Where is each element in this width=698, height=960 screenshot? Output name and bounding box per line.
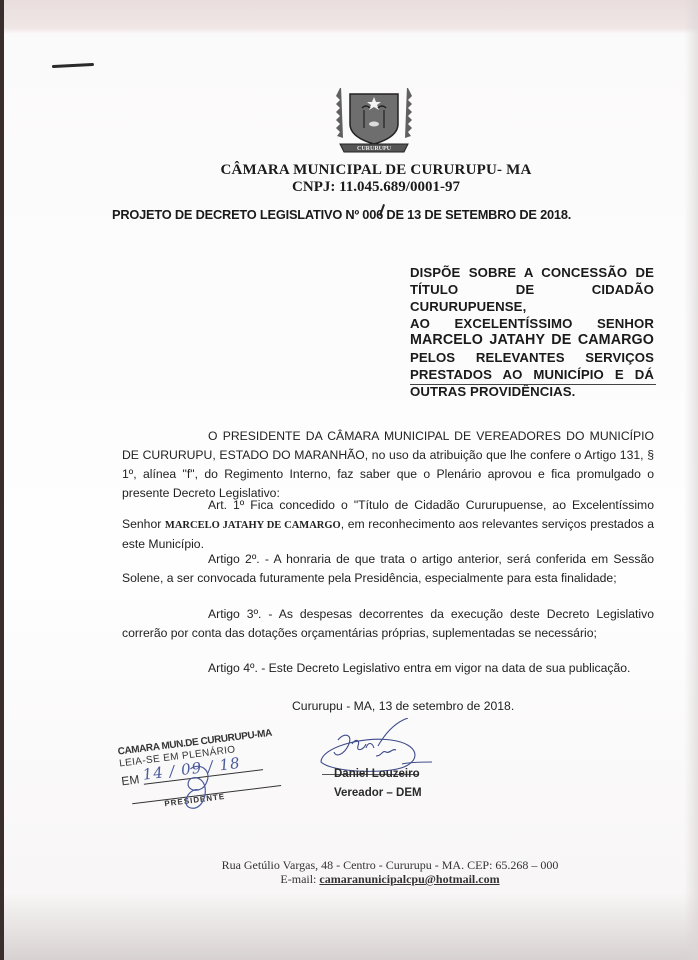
ementa-line: PELOS RELEVANTES SERVIÇOS bbox=[410, 349, 654, 366]
ementa-line-honoree: MARCELO JATAHY DE CAMARGO bbox=[410, 332, 654, 349]
stamp-initials-icon bbox=[170, 760, 227, 826]
decree-title: PROJETO DE DECRETO LEGISLATIVO Nº 006 DE… bbox=[112, 207, 571, 222]
ementa-line: TÍTULO DE CIDADÃO CURURUPUENSE, bbox=[410, 281, 654, 315]
signer-role: Vereador – DEM bbox=[334, 787, 422, 799]
plenary-stamp: CAMARA MUN.DE CURURUPU-MA LEIA-SE EM PLE… bbox=[117, 726, 297, 836]
article-4: Artigo 4º. - Este Decreto Legislativo en… bbox=[122, 659, 654, 678]
footer-email: E-mail: camaranunicipalcpu@hotmail.com bbox=[4, 872, 698, 887]
date-line: Cururupu - MA, 13 de setembro de 2018. bbox=[292, 699, 514, 713]
email-label: E-mail: bbox=[280, 872, 319, 886]
ementa-line: OUTRAS PROVIDÊNCIAS. bbox=[410, 383, 654, 400]
article-2: Artigo 2º. - A honraria de que trata o a… bbox=[122, 550, 654, 588]
footer-address: Rua Getúlio Vargas, 48 - Centro - Cururu… bbox=[4, 858, 698, 873]
pen-mark bbox=[52, 63, 94, 68]
ementa-line: PRESTADOS AO MUNICÍPIO E DÁ bbox=[410, 366, 654, 383]
coat-of-arms-icon: CURURUPU bbox=[326, 88, 422, 158]
decree-number: 006 bbox=[362, 207, 383, 222]
document-page: CURURUPU CÂMARA MUNICIPAL DE CURURUPU- M… bbox=[4, 0, 698, 960]
organization-name: CÂMARA MUNICIPAL DE CURURUPU- MA bbox=[4, 162, 698, 179]
article-3: Artigo 3º. - As despesas decorrentes da … bbox=[122, 605, 654, 643]
article-1: Art. 1º Fica concedido o "Título de Cida… bbox=[122, 496, 654, 554]
svg-text:CURURUPU: CURURUPU bbox=[357, 146, 392, 152]
signer-name: Daniel Louzeiro bbox=[334, 768, 420, 780]
preamble-paragraph: O PRESIDENTE DA CÂMARA MUNICIPAL DE VERE… bbox=[122, 427, 654, 503]
organization-cnpj: CNPJ: 11.045.689/0001-97 bbox=[4, 179, 698, 196]
email-link[interactable]: camaranunicipalcpu@hotmail.com bbox=[319, 872, 499, 886]
decree-title-suffix: DE 13 DE SETEMBRO DE 2018. bbox=[383, 207, 571, 222]
ementa: DISPÕE SOBRE A CONCESSÃO DE TÍTULO DE CI… bbox=[410, 264, 654, 400]
stamp-line-3: EM bbox=[121, 772, 141, 788]
ementa-line: AO EXCELENTÍSSIMO SENHOR bbox=[410, 315, 654, 332]
ementa-underline bbox=[410, 384, 656, 385]
ementa-line: DISPÕE SOBRE A CONCESSÃO DE bbox=[410, 264, 654, 281]
honoree-name: MARCELO JATAHY DE CAMARGO bbox=[165, 520, 341, 531]
decree-title-prefix: PROJETO DE DECRETO LEGISLATIVO Nº bbox=[112, 207, 362, 222]
